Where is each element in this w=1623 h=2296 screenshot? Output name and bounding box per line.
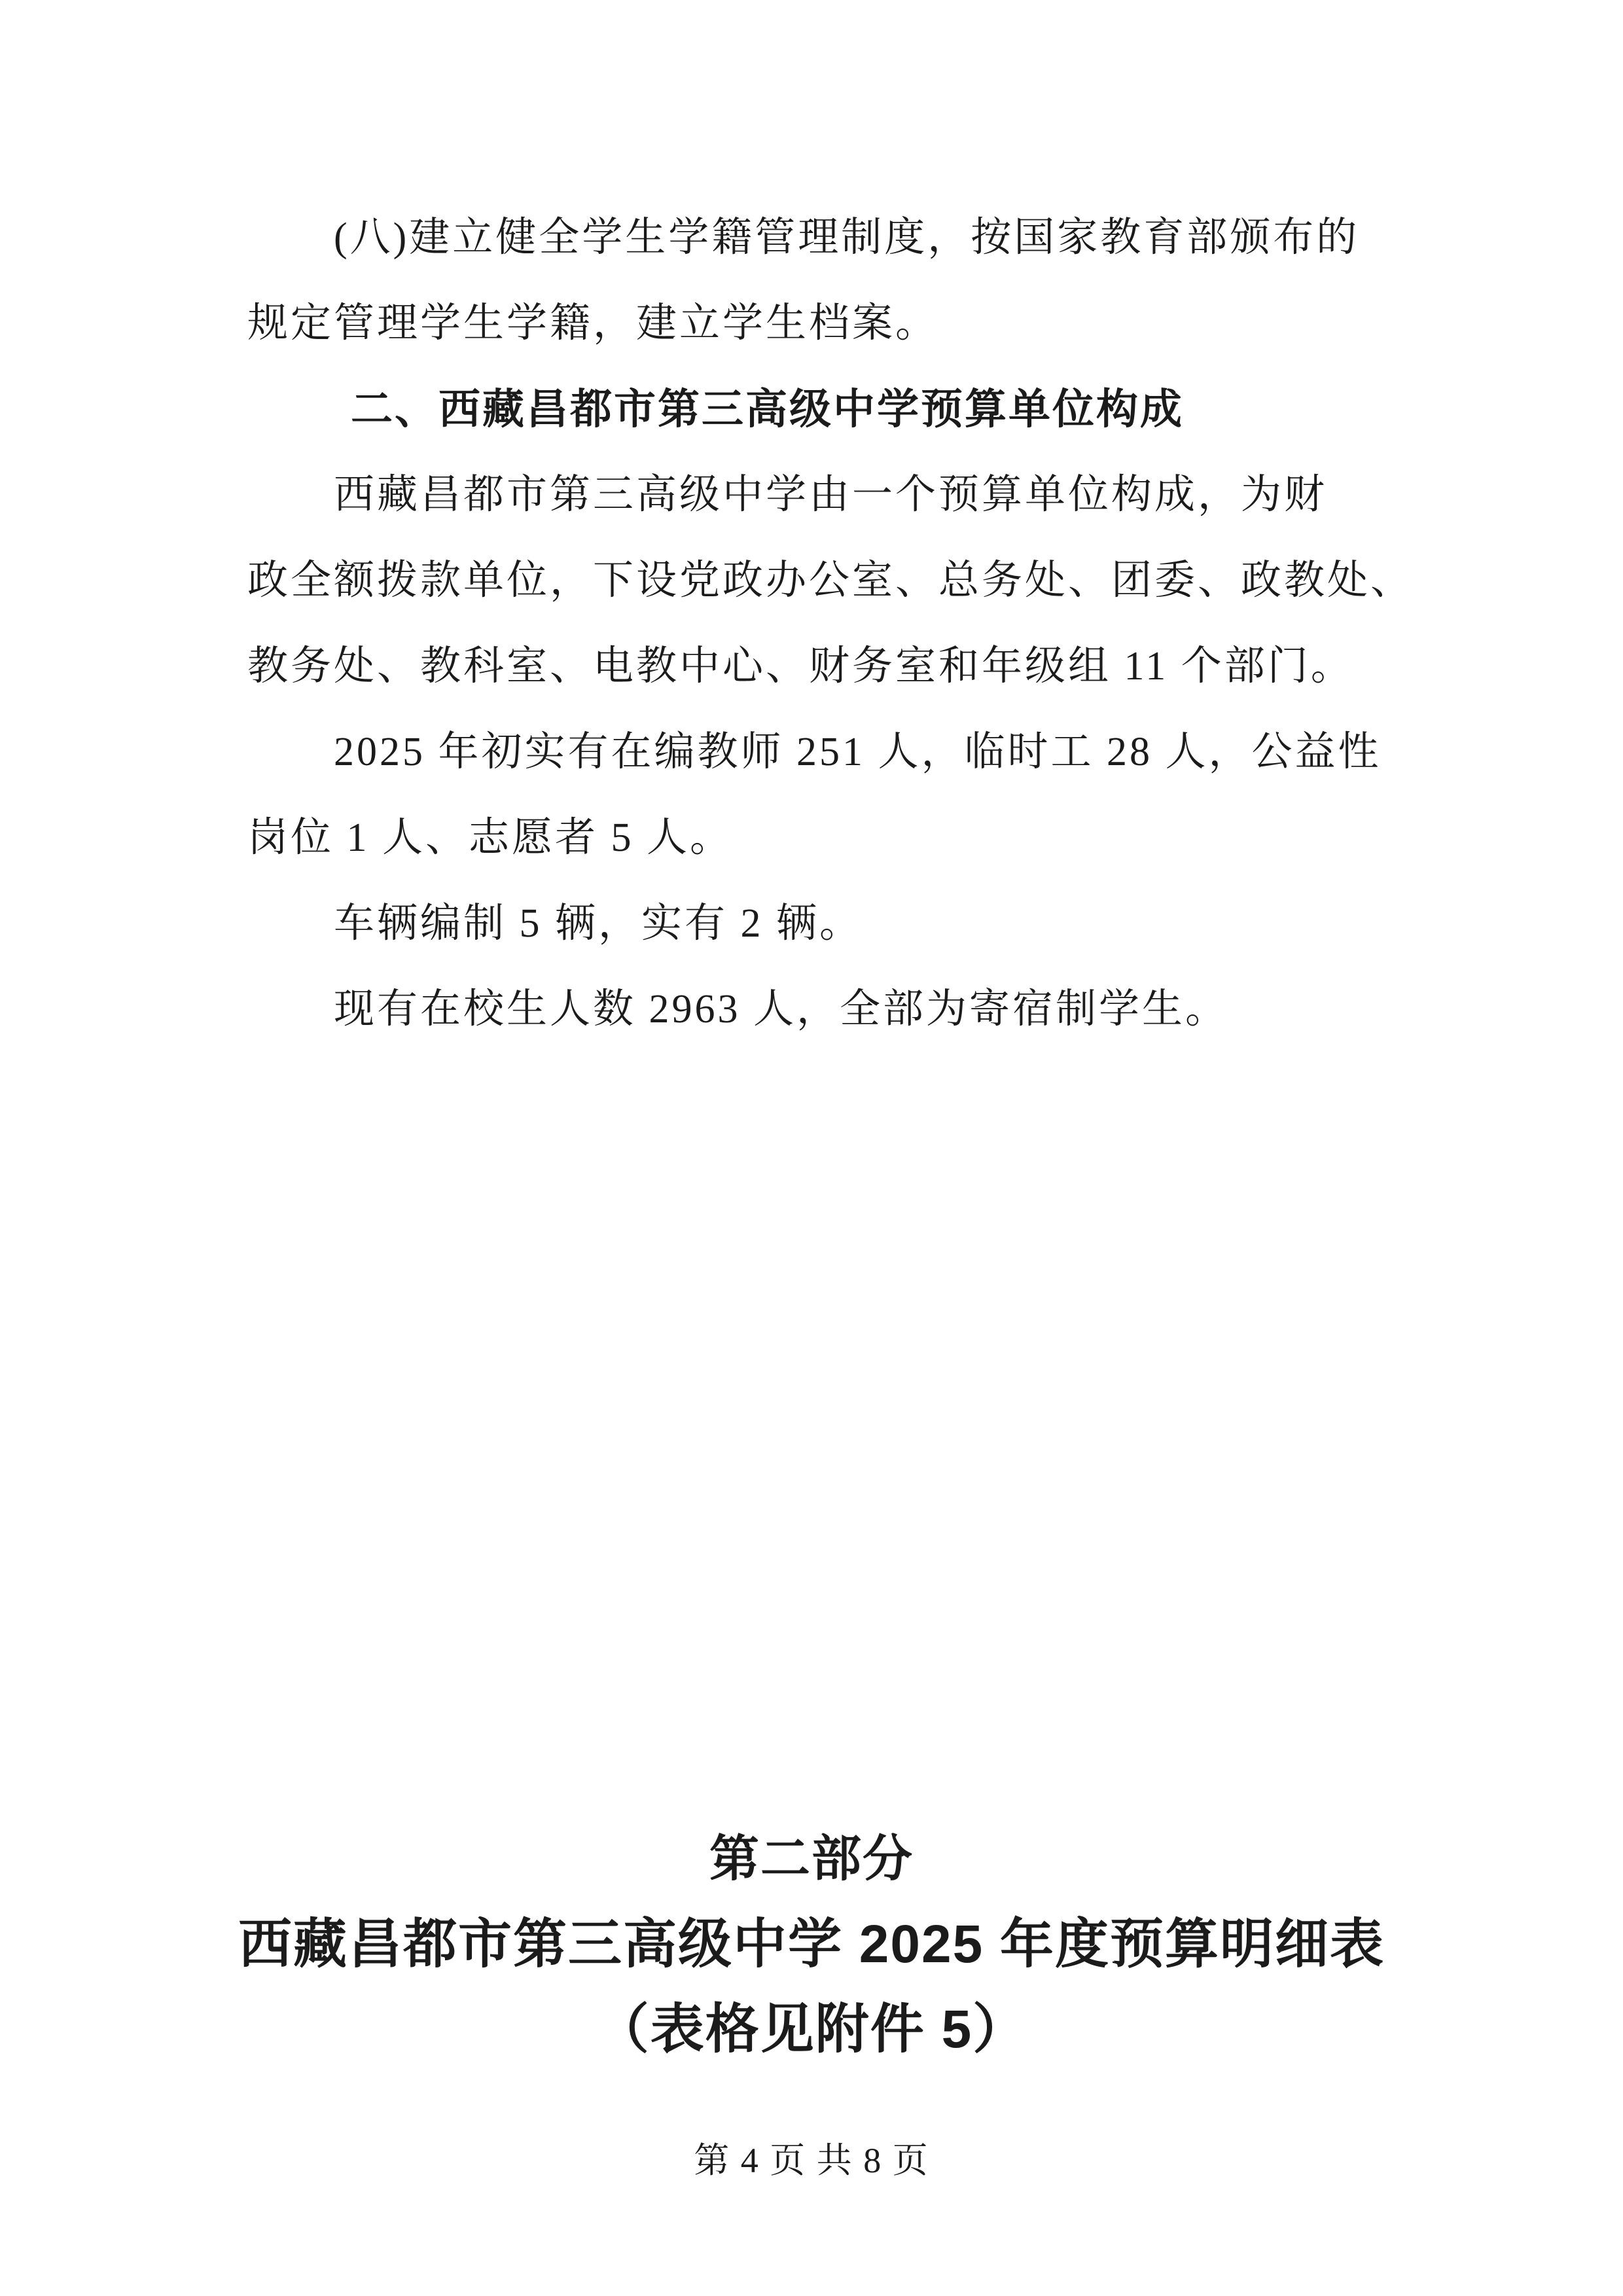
paragraph-line: 岗位 1 人、志愿者 5 人。	[247, 795, 1402, 881]
paragraph-line: 规定管理学生学籍，建立学生档案。	[247, 281, 1402, 367]
page-footer: 第 4 页 共 8 页	[0, 2138, 1623, 2183]
paragraph-line: 2025 年初实有在编教师 251 人，临时工 28 人，公益性	[247, 709, 1402, 795]
paragraph-line: 教务处、教科室、电教中心、财务室和年级组 11 个部门。	[247, 624, 1402, 709]
paragraph-line: 现有在校生人数 2963 人，全部为寄宿制学生。	[247, 967, 1402, 1052]
paragraph-line: (八)建立健全学生学籍管理制度，按国家教育部颁布的	[247, 195, 1402, 281]
document-body: (八)建立健全学生学籍管理制度，按国家教育部颁布的 规定管理学生学籍，建立学生档…	[247, 195, 1402, 1052]
paragraph-line: 西藏昌都市第三高级中学由一个预算单位构成，为财	[247, 452, 1402, 538]
part-subtitle: 西藏昌都市第三高级中学 2025 年度预算明细表	[0, 1902, 1623, 1987]
section-two-title-block: 第二部分 西藏昌都市第三高级中学 2025 年度预算明细表 （表格见附件 5）	[0, 1817, 1623, 2072]
part-title: 第二部分	[0, 1817, 1623, 1902]
section-heading: 二、西藏昌都市第三高级中学预算单位构成	[247, 367, 1402, 452]
part-note: （表格见附件 5）	[0, 1987, 1623, 2072]
paragraph-line: 政全额拨款单位，下设党政办公室、总务处、团委、政教处、	[247, 538, 1402, 624]
paragraph-line: 车辆编制 5 辆，实有 2 辆。	[247, 881, 1402, 967]
document-page: (八)建立健全学生学籍管理制度，按国家教育部颁布的 规定管理学生学籍，建立学生档…	[0, 0, 1623, 2296]
